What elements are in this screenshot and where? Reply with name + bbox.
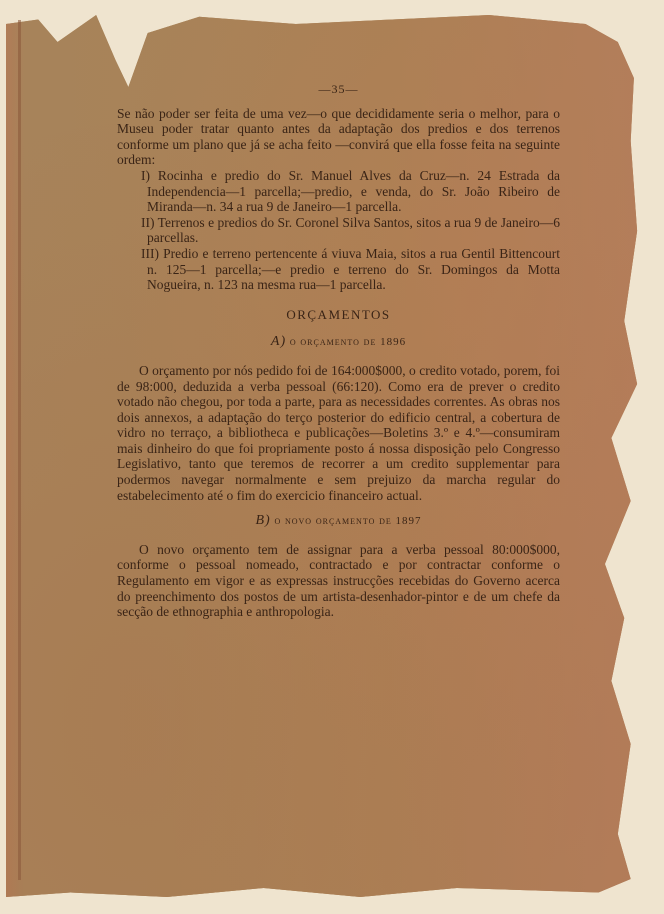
- subsection-a-title: o orçamento de 1896: [290, 336, 406, 348]
- intro-paragraph: Se não poder ser feita de uma vez—o que …: [117, 106, 560, 168]
- list-item-label: II): [141, 215, 155, 230]
- ordered-list: I) Rocinha e predio do Sr. Manuel Alves …: [117, 168, 560, 293]
- subsection-b-letter: B): [255, 513, 270, 528]
- list-item: II) Terrenos e predios do Sr. Coronel Si…: [147, 215, 560, 246]
- list-item-text: Terrenos e predios do Sr. Coronel Silva …: [147, 215, 560, 246]
- section-title: ORÇAMENTOS: [117, 307, 560, 323]
- paragraph-a: O orçamento por nós pedido foi de 164:00…: [117, 363, 560, 503]
- page-spine-edge: [18, 20, 21, 880]
- paragraph-b: O novo orçamento tem de assignar para a …: [117, 542, 560, 620]
- list-item-text: Predio e terreno pertencente á viuva Mai…: [147, 246, 560, 292]
- list-item: I) Rocinha e predio do Sr. Manuel Alves …: [147, 168, 560, 215]
- subsection-b-heading: B) o novo orçamento de 1897: [117, 513, 560, 530]
- page-content: —35— Se não poder ser feita de uma vez—o…: [117, 82, 560, 620]
- subsection-a-letter: A): [271, 334, 286, 349]
- subsection-a-heading: A) o orçamento de 1896: [117, 334, 560, 351]
- list-item-label: I): [141, 168, 150, 183]
- list-item-text: Rocinha e predio do Sr. Manuel Alves da …: [147, 168, 560, 214]
- subsection-b-title: o novo orçamento de 1897: [274, 515, 421, 527]
- list-item: III) Predio e terreno pertencente á viuv…: [147, 246, 560, 293]
- page-number: —35—: [117, 82, 560, 98]
- list-item-label: III): [141, 246, 159, 261]
